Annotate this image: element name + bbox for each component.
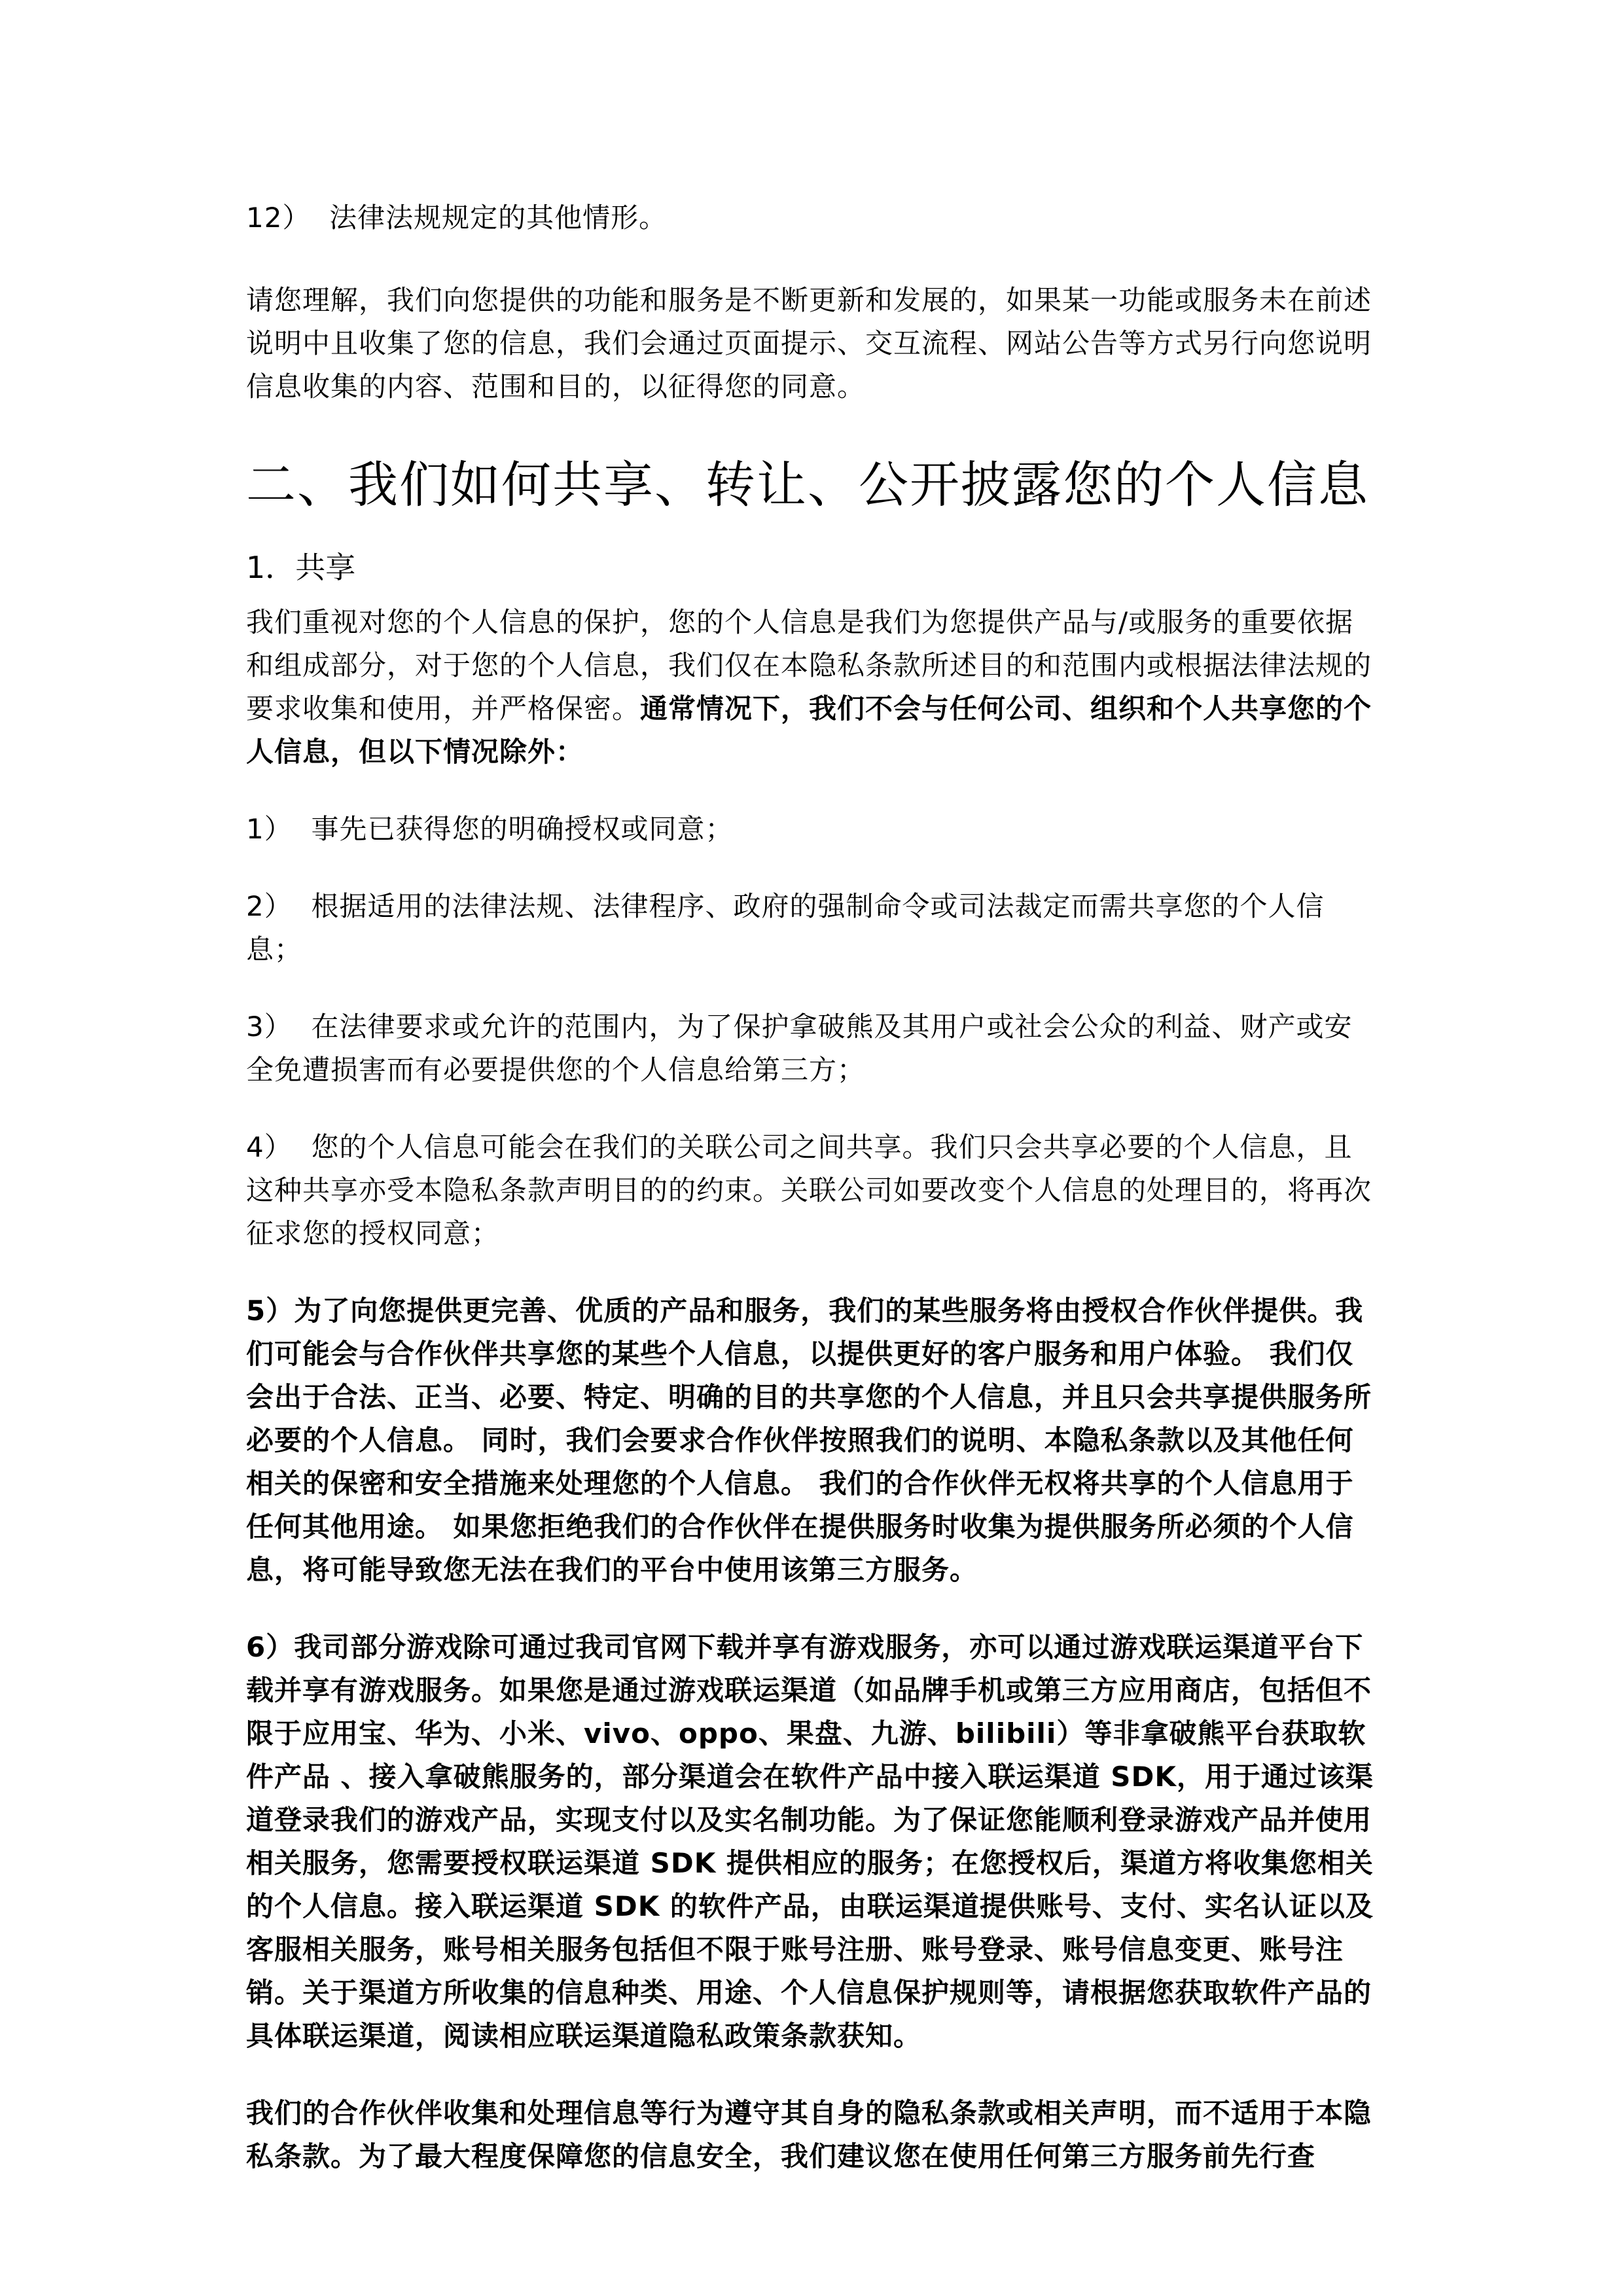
list-item-number: 1） (246, 813, 293, 845)
list-item-text: 在法律要求或允许的范围内，为了保护拿破熊及其用户或社会公众的利益、财产或安全免遭… (246, 1011, 1352, 1086)
list-item-6: 6）我司部分游戏除可通过我司官网下载并享有游戏服务，亦可以通过游戏联运渠道平台下… (246, 1626, 1378, 2058)
closing-paragraph: 我们的合作伙伴收集和处理信息等行为遵守其自身的隐私条款或相关声明，而不适用于本隐… (246, 2092, 1378, 2178)
list-item-number: 12） (246, 202, 310, 234)
list-item-5: 5）为了向您提供更完善、优质的产品和服务，我们的某些服务将由授权合作伙伴提供。我… (246, 1289, 1378, 1592)
list-item-4: 4） 您的个人信息可能会在我们的关联公司之间共享。我们只会共享必要的个人信息，且… (246, 1126, 1378, 1255)
list-item-text: 法律法规规定的其他情形。 (329, 202, 667, 234)
list-item-number: 6） (246, 1631, 294, 1663)
section-heading: 二、我们如何共享、转让、公开披露您的个人信息 (246, 449, 1378, 521)
list-item-text: 为了向您提供更完善、优质的产品和服务，我们的某些服务将由授权合作伙伴提供。我们可… (246, 1295, 1372, 1586)
list-item-number: 3） (246, 1011, 293, 1043)
list-item-3: 3） 在法律要求或允许的范围内，为了保护拿破熊及其用户或社会公众的利益、财产或安… (246, 1005, 1378, 1092)
list-item-text: 根据适用的法律法规、法律程序、政府的强制命令或司法裁定而需共享您的个人信息； (246, 890, 1324, 965)
list-item-2: 2） 根据适用的法律法规、法律程序、政府的强制命令或司法裁定而需共享您的个人信息… (246, 885, 1378, 971)
list-item-number: 4） (246, 1131, 293, 1163)
list-item-text: 我司部分游戏除可通过我司官网下载并享有游戏服务，亦可以通过游戏联运渠道平台下载并… (246, 1631, 1374, 2052)
document-page: 12） 法律法规规定的其他情形。 请您理解，我们向您提供的功能和服务是不断更新和… (246, 196, 1378, 2178)
intro-paragraph: 请您理解，我们向您提供的功能和服务是不断更新和发展的，如果某一功能或服务未在前述… (246, 279, 1378, 408)
list-item-number: 5） (246, 1295, 294, 1327)
list-item-number: 2） (246, 890, 293, 922)
list-item-1: 1） 事先已获得您的明确授权或同意； (246, 808, 1378, 851)
list-item-12: 12） 法律法规规定的其他情形。 (246, 196, 1378, 240)
list-item-text: 事先已获得您的明确授权或同意； (311, 813, 733, 845)
subsection-heading: 1．共享 (246, 545, 1378, 590)
sharing-paragraph: 我们重视对您的个人信息的保护，您的个人信息是我们为您提供产品与/或服务的重要依据… (246, 601, 1378, 774)
list-item-text: 您的个人信息可能会在我们的关联公司之间共享。我们只会共享必要的个人信息，且这种共… (246, 1131, 1372, 1249)
